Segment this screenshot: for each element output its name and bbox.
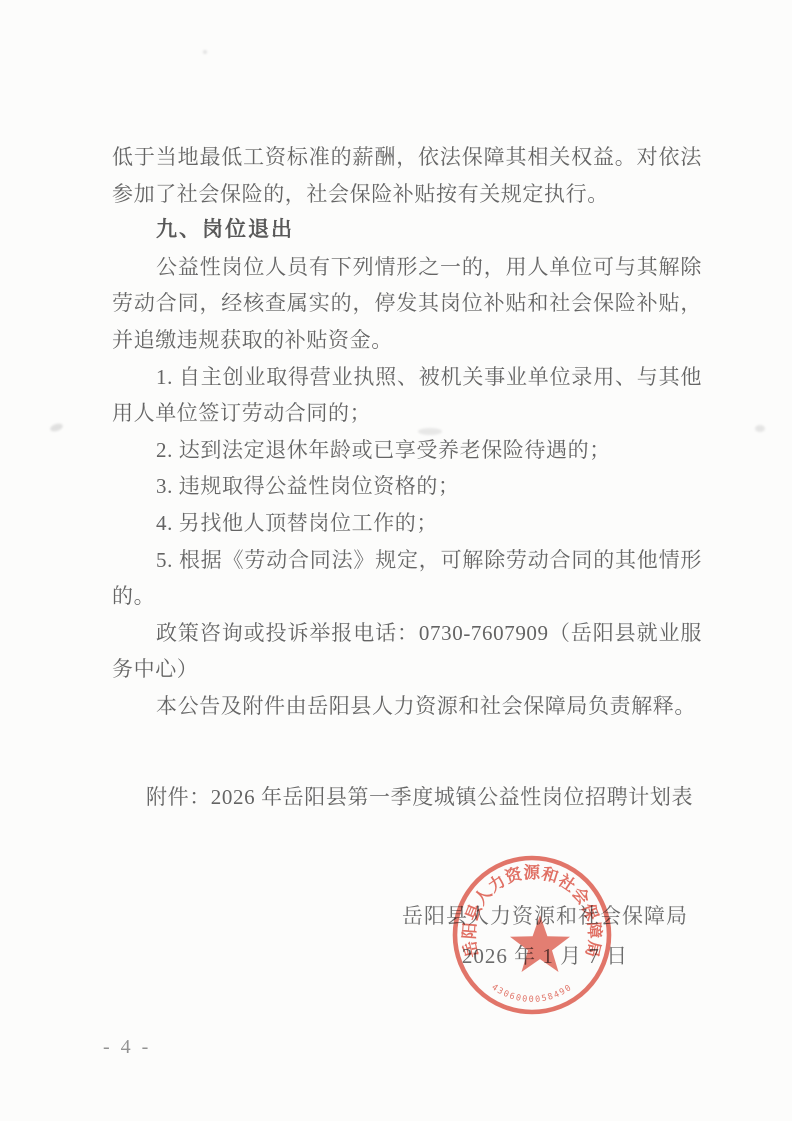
paragraph-continuation: 低于当地最低工资标准的薪酬，依法保障其相关权益。对依法参加了社会保险的，社会保险… <box>112 139 702 212</box>
list-item-4: 4. 另找他人顶替岗位工作的； <box>112 505 702 542</box>
list-item-1: 1. 自主创业取得营业执照、被机关事业单位录用、与其他用人单位签订劳动合同的； <box>112 359 702 432</box>
svg-text:4306000058490: 4306000058490 <box>489 982 574 1005</box>
attachment-line: 附件：2026 年岳阳县第一季度城镇公益性岗位招聘计划表 <box>112 779 702 816</box>
page-number: - 4 - <box>103 1036 151 1059</box>
seal-code: 4306000058490 <box>489 982 574 1005</box>
paragraph-interpretation: 本公告及附件由岳阳县人力资源和社会保障局负责解释。 <box>112 688 702 725</box>
list-item-2: 2. 达到法定退休年龄或已享受养老保险待遇的； <box>112 432 702 469</box>
scan-artifact <box>755 425 765 432</box>
issuer-name: 岳阳县人力资源和社会保障局 <box>399 896 691 936</box>
paragraph-section-intro: 公益性岗位人员有下列情形之一的，用人单位可与其解除劳动合同，经核查属实的，停发其… <box>112 249 702 359</box>
document-page: 低于当地最低工资标准的薪酬，依法保障其相关权益。对依法参加了社会保险的，社会保险… <box>0 0 792 1121</box>
scan-artifact <box>418 428 442 435</box>
issue-date: 2026 年 1 月 7 日 <box>399 936 691 976</box>
scan-artifact <box>203 50 207 54</box>
section-heading: 九、岗位退出 <box>112 212 702 249</box>
list-item-5: 5. 根据《劳动合同法》规定，可解除劳动合同的其他情形的。 <box>112 542 702 615</box>
document-body: 低于当地最低工资标准的薪酬，依法保障其相关权益。对依法参加了社会保险的，社会保险… <box>112 139 702 815</box>
scan-artifact <box>49 422 64 433</box>
list-item-3: 3. 违规取得公益性岗位资格的； <box>112 468 702 505</box>
signature-block: 岳阳县人力资源和社会保障局 2026 年 1 月 7 日 <box>399 896 691 976</box>
paragraph-contact: 政策咨询或投诉举报电话：0730-7607909（岳阳县就业服务中心） <box>112 615 702 688</box>
